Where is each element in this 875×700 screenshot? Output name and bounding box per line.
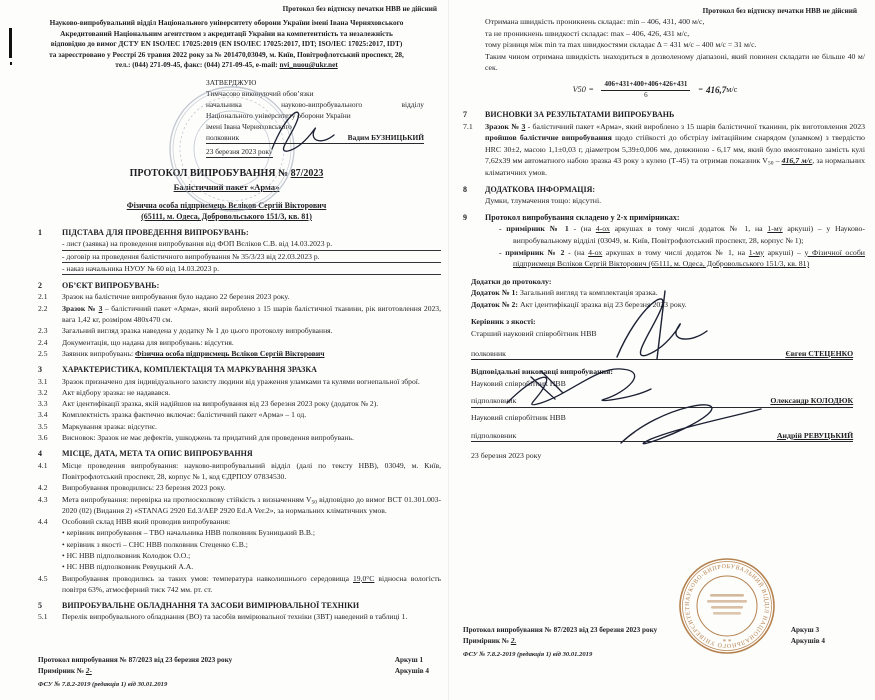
executors-head: Відповідальні виконавці випробування: xyxy=(471,366,865,378)
text: керівник з якості – СНС НВВ полковник Ст… xyxy=(67,540,248,549)
item-number: 4.5 xyxy=(38,573,62,596)
item-number: 3.1 xyxy=(38,376,62,387)
sheet-total: Аркушів 4 xyxy=(395,666,429,677)
list-item: 3.1Зразок призначено для індивідуального… xyxy=(38,376,441,387)
item-number: 2.4 xyxy=(38,337,62,348)
item-text: Думки, тлумачення тощо: відсутні. xyxy=(485,195,865,207)
text-line: тому різниця між min та max швидкостями … xyxy=(485,39,865,51)
handwritten-copy-number: 2- xyxy=(86,667,92,675)
sheet-number: Аркуш 1 xyxy=(395,655,429,666)
signer-rank: полковник xyxy=(471,348,506,360)
spacer xyxy=(463,223,485,246)
text: керівник випробування – ТВО начальника Н… xyxy=(67,528,315,537)
section-title: ОБ’ЄКТ ВИПРОБУВАНЬ: xyxy=(62,280,441,291)
item-number: 2.1 xyxy=(38,291,62,302)
fraction: 406+431+400+406+426+431 6 xyxy=(601,80,690,100)
item-text: Особовий склад НВВ який проводив випробу… xyxy=(62,516,441,527)
handwritten-copy-number: 2. xyxy=(511,637,516,645)
bullet-text: • керівник випробування – ТВО начальника… xyxy=(62,527,441,538)
formula-lhs: V50 xyxy=(573,85,586,94)
page-footer: Протокол випробування № 87/2023 від 23 б… xyxy=(38,655,441,690)
text: 4-ох xyxy=(596,224,610,233)
section-number: 1 xyxy=(38,227,62,238)
section-heading: 2ОБ’ЄКТ ВИПРОБУВАНЬ: xyxy=(38,280,441,291)
signature-space xyxy=(239,132,347,143)
section-number: 9 xyxy=(463,212,485,224)
list-item: - договір на проведення балістичного вип… xyxy=(38,251,441,263)
item-text: Загальний вигляд зразка наведена у додат… xyxy=(62,325,441,336)
signer-name: Андрій РЕВУЦЬКИЙ xyxy=(777,430,853,442)
item-number: 5.1 xyxy=(38,611,62,622)
copy-label: - примірник № 2 xyxy=(499,248,564,257)
list-item: 2.4Документація, що надана для випробува… xyxy=(38,337,441,348)
list-item: - наказ начальника НУОУ № 60 від 14.03.2… xyxy=(38,263,441,275)
list-item: 2.1Зразок на балістичне випробування бул… xyxy=(38,291,441,302)
signers-block: Керівник з якості: Старший науковий спів… xyxy=(471,316,865,461)
section-3: 3ХАРАКТЕРИСТИКА, КОМПЛЕКТАЦІЯ ТА МАРКУВА… xyxy=(38,364,441,443)
signature-line: підполковникАндрій РЕВУЦЬКИЙ xyxy=(471,430,853,443)
list-item: 3.2Акт відбору зразка: не надавався. xyxy=(38,387,441,398)
footer-copy-line: Примірник № 2- xyxy=(38,666,232,677)
bullet-item: • керівник випробування – ТВО начальника… xyxy=(38,527,441,538)
contact-text: тел.: (044) 271-09-45, факс: (044) 271-0… xyxy=(115,60,279,69)
item-text: Документація, що надана для випробувань:… xyxy=(62,337,441,348)
attachment-label: Додаток № 2: xyxy=(471,300,518,309)
quality-head: Керівник з якості: xyxy=(471,316,865,328)
signature-space xyxy=(506,348,785,360)
scanned-protocol-document: Протокол без відтиску печатки НВВ не дій… xyxy=(0,0,875,700)
basis-item: - договір на проведення балістичного вип… xyxy=(62,251,441,263)
passed-statement: пройшов балістичне випробування xyxy=(485,133,612,142)
text: - (на xyxy=(564,248,588,257)
item-text: Перелік випробувального обладнання (ВО) … xyxy=(62,611,441,622)
spacer xyxy=(38,539,62,550)
item-number: 3.2 xyxy=(38,387,62,398)
email-link: nvi_nuou@ukr.net xyxy=(280,60,338,69)
conclusion-item: 7.1 Зразок № 3 - балістичний пакет «Арма… xyxy=(463,121,865,179)
applicant-ref: Фізична особа підприємець Вєліков Сергій… xyxy=(135,349,324,358)
page-3: Протокол без відтиску печатки НВВ не дій… xyxy=(448,0,875,700)
section-9: 9Протокол випробування складено у 2-х пр… xyxy=(463,212,865,270)
item-number: 3.4 xyxy=(38,409,62,420)
sample-label: Зразок № xyxy=(62,304,99,313)
section-heading: 5ВИПРОБУВАЛЬНЕ ОБЛАДНАННЯ ТА ЗАСОБИ ВИМІ… xyxy=(38,600,441,611)
section-5: 5ВИПРОБУВАЛЬНЕ ОБЛАДНАННЯ ТА ЗАСОБИ ВИМІ… xyxy=(38,600,441,623)
list-item: 3.3Акт ідентифікації зразка, якій надійш… xyxy=(38,398,441,409)
list-item: 4.4Особовий склад НВВ який проводив випр… xyxy=(38,516,441,527)
text: Випробування проводились за таких умов: … xyxy=(62,574,353,583)
text-line: та не проникнень швидкості складає: max … xyxy=(485,28,865,40)
item-text: Висновок: Зразок не має дефектів, ушкодж… xyxy=(62,432,441,443)
spacer xyxy=(463,247,485,270)
section-number: 3 xyxy=(38,364,62,375)
footer-form-ref: ФСУ № 7.8.2-2019 (редакція 1) від 30.01.… xyxy=(463,649,657,660)
org-header-line: та зареєстровано у Реєстрі 26 травня 202… xyxy=(12,50,441,61)
footer-protocol-ref: Протокол випробування № 87/2023 від 23 б… xyxy=(463,625,657,636)
section-number: 8 xyxy=(463,184,485,196)
attachment-line: Додаток № 2: Акт ідентифікації зразка ві… xyxy=(471,299,865,311)
bullet-item: • керівник з якості – СНС НВВ полковник … xyxy=(38,539,441,550)
item-text: Акт ідентифікації зразка, якій надійшов … xyxy=(62,398,441,409)
signature-space xyxy=(516,430,777,442)
attachment-text: Акт ідентифікації зразка від 23 березня … xyxy=(518,300,687,309)
attachment-label: Додаток № 1: xyxy=(471,288,518,297)
sheet-total: Аркушів 4 xyxy=(791,636,825,647)
page-footer: Протокол випробування № 87/2023 від 23 б… xyxy=(463,625,865,660)
footer-form-ref: ФСУ № 7.8.2-2019 (редакція 1) від 30.01.… xyxy=(38,679,232,690)
approval-block: ЗАТВЕРДЖУЮ Тимчасово виконуючий обов’язк… xyxy=(206,77,424,158)
stamp-center-text xyxy=(707,594,747,615)
signer-name: Євген СТЕЦЕНКО xyxy=(785,348,853,360)
item-text: Заявник випробувань: Фізична особа підпр… xyxy=(62,348,441,359)
copy-text: - примірник № 1 - (на 4-ох аркушах в том… xyxy=(499,223,865,246)
label: Заявник випробувань: xyxy=(62,349,135,358)
section-heading: 4МІСЦЕ, ДАТА, МЕТА ТА ОПИС ВИПРОБУВАННЯ xyxy=(38,448,441,459)
copy-item: - примірник № 2 - (на 4-ох аркушах в том… xyxy=(463,247,865,270)
text: 1-му xyxy=(767,224,782,233)
bullet-text: • керівник з якості – СНС НВВ полковник … xyxy=(62,539,441,550)
bullet-item: • НС НВВ підполковник Ревуцький А.А. xyxy=(38,561,441,572)
official-round-stamp-icon: НАУКОВО-ВИПРОБУВАЛЬНИЙ ВІДДІЛ НАЦІОНАЛЬН… xyxy=(677,556,777,656)
text: НС НВВ підполковник Колодюк О.О.; xyxy=(67,551,191,560)
sheet-number: Аркуш 3 xyxy=(791,625,825,636)
section-title: ХАРАКТЕРИСТИКА, КОМПЛЕКТАЦІЯ ТА МАРКУВАН… xyxy=(62,364,441,375)
text: аркушах в тому числі додаток № 1, на xyxy=(602,248,748,257)
copy-label: - примірник № 1 xyxy=(499,224,569,233)
copy-item: - примірник № 1 - (на 4-ох аркушах в том… xyxy=(463,223,865,246)
section-heading: 1ПІДСТАВА ДЛЯ ПРОВЕДЕННЯ ВИПРОБУВАНЬ: xyxy=(38,227,441,238)
sample-desc: – балістичний пакет «Арма», який виробле… xyxy=(62,304,441,324)
list-item: 3.5Маркування зразка: відсутнє. xyxy=(38,421,441,432)
list-item: 2.2Зразок № 3 – балістичний пакет «Арма»… xyxy=(38,303,441,326)
formula-unit: м/с xyxy=(726,85,737,94)
spacer xyxy=(38,527,62,538)
list-item: 3.6Висновок: Зразок не має дефектів, ушк… xyxy=(38,432,441,443)
footer-sheets: Аркуш 1 Аркушів 4 xyxy=(395,655,429,690)
section-title: Протокол випробування складено у 2-х при… xyxy=(485,212,865,224)
org-header-line: Науково-випробувальний відділ Національн… xyxy=(12,18,441,29)
item-number: 4.2 xyxy=(38,482,62,493)
copy-text: - примірник № 2 - (на 4-ох аркушах в том… xyxy=(499,247,865,270)
spacer xyxy=(38,238,62,250)
footer-left: Протокол випробування № 87/2023 від 23 б… xyxy=(463,625,657,660)
v50-value: 416,7 м/с xyxy=(782,156,813,165)
approver-signature-line: полковник Вадим БУЗНИЦЬКИЙ xyxy=(206,132,424,144)
org-header-line: тел.: (044) 271-09-45, факс: (044) 271-0… xyxy=(12,60,441,71)
item-text: Мета випробування: перевірка на протиоск… xyxy=(62,494,441,517)
equals: = xyxy=(698,85,703,94)
text: аркушах в тому числі додаток № 1, на xyxy=(610,224,767,233)
page-1: Протокол без відтиску печатки НВВ не дій… xyxy=(0,0,447,700)
signature-space xyxy=(516,395,770,407)
section-title: ДОДАТКОВА ІНФОРМАЦІЯ: xyxy=(485,184,865,196)
signer-role: Старший науковий співробітник НВВ xyxy=(471,328,865,340)
section-title: ВИСНОВКИ ЗА РЕЗУЛЬТАТАМИ ВИПРОБУВАНЬ xyxy=(485,109,865,121)
text: аркуші) – xyxy=(764,248,804,257)
item-text: Зразок призначено для індивідуального за… xyxy=(62,376,441,387)
text: 1-му xyxy=(749,248,764,257)
item-number: 4.3 xyxy=(38,494,62,517)
list-item: - лист (заявка) на проведення випробуван… xyxy=(38,238,441,250)
conclusion-text: Зразок № 3 - балістичний пакет «Арма», я… xyxy=(485,121,865,179)
section-heading: 7ВИСНОВКИ ЗА РЕЗУЛЬТАТАМИ ВИПРОБУВАНЬ xyxy=(463,109,865,121)
disclaimer-line: Протокол без відтиску печатки НВВ не дій… xyxy=(463,6,857,16)
stamp-stars: * * xyxy=(723,638,732,646)
item-number: 3.6 xyxy=(38,432,62,443)
section-1: 1ПІДСТАВА ДЛЯ ПРОВЕДЕННЯ ВИПРОБУВАНЬ: - … xyxy=(38,227,441,275)
spacer xyxy=(38,251,62,263)
numerator: 406+431+400+406+426+431 xyxy=(601,80,690,91)
attachment-line: Додаток № 1: Загальний вигляд та комплек… xyxy=(471,287,865,299)
section-heading: 9Протокол випробування складено у 2-х пр… xyxy=(463,212,865,224)
list-item: 4.3Мета випробування: перевірка на проти… xyxy=(38,494,441,517)
disclaimer-line: Протокол без відтиску печатки НВВ не дій… xyxy=(38,4,437,14)
v50-formula: V50 = 406+431+400+406+426+431 6 = 416,7 … xyxy=(485,80,825,100)
footer-protocol-ref: Протокол випробування № 87/2023 від 23 б… xyxy=(38,655,232,666)
faint-round-stamp-icon xyxy=(166,83,298,215)
item-number: 4.1 xyxy=(38,460,62,483)
section-4: 4МІСЦЕ, ДАТА, МЕТА ТА ОПИС ВИПРОБУВАННЯ … xyxy=(38,448,441,595)
list-item: 4.2Випробування проводились: 23 березня … xyxy=(38,482,441,493)
section-title: ПІДСТАВА ДЛЯ ПРОВЕДЕННЯ ВИПРОБУВАНЬ: xyxy=(62,227,441,238)
section-title: ВИПРОБУВАЛЬНЕ ОБЛАДНАННЯ ТА ЗАСОБИ ВИМІР… xyxy=(62,600,441,611)
item-number: 2.2 xyxy=(38,303,62,326)
text: – xyxy=(773,156,781,165)
item-text: Зразок на балістичне випробування було н… xyxy=(62,291,441,302)
section-number: 7 xyxy=(463,109,485,121)
text: 4-ох xyxy=(588,248,602,257)
item-number: 4.4 xyxy=(38,516,62,527)
attachments-block: Додатки до протоколу: Додаток № 1: Загал… xyxy=(471,276,865,311)
attachments-heading: Додатки до протоколу: xyxy=(471,276,865,288)
item-text: Місце проведення випробування: науково-в… xyxy=(62,460,441,483)
org-header: Науково-випробувальний відділ Національн… xyxy=(12,18,441,71)
bullet-text: • НС НВВ підполковник Колодюк О.О.; xyxy=(62,550,441,561)
signer-role: Науковий співробітник НВВ xyxy=(471,412,865,424)
item-number: 3.5 xyxy=(38,421,62,432)
signer-rank: підполковник xyxy=(471,430,516,442)
footer-copy-line: Примірник № 2. xyxy=(463,636,657,647)
list-item: Думки, тлумачення тощо: відсутні. xyxy=(463,195,865,207)
list-item: 2.3Загальний вигляд зразка наведена у до… xyxy=(38,325,441,336)
footer-sheets: Аркуш 3 Аркушів 4 xyxy=(791,625,825,660)
item-number: 2.3 xyxy=(38,325,62,336)
text-line: Отримана швидкість проникнень складає: m… xyxy=(485,16,865,28)
signer-name: Олександр КОЛОДЮК xyxy=(770,395,853,407)
basis-item: - лист (заявка) на проведення випробуван… xyxy=(62,238,441,250)
text: - (на xyxy=(569,224,596,233)
item-number: 3.3 xyxy=(38,398,62,409)
item-text: Маркування зразка: відсутнє. xyxy=(62,421,441,432)
signature-line: полковникЄвген СТЕЦЕНКО xyxy=(471,348,853,361)
footer-left: Протокол випробування № 87/2023 від 23 б… xyxy=(38,655,232,690)
spacer xyxy=(38,263,62,275)
spacer xyxy=(463,195,485,207)
text: НС НВВ підполковник Ревуцький А.А. xyxy=(67,562,194,571)
section-number: 2 xyxy=(38,280,62,291)
bullet-text: • НС НВВ підполковник Ревуцький А.А. xyxy=(62,561,441,572)
label: Примірник № xyxy=(463,637,511,645)
section-number: 4 xyxy=(38,448,62,459)
list-item: 4.1Місце проведення випробування: науков… xyxy=(38,460,441,483)
section-7: 7ВИСНОВКИ ЗА РЕЗУЛЬТАТАМИ ВИПРОБУВАНЬ 7.… xyxy=(463,109,865,179)
list-item: 5.1Перелік випробувального обладнання (В… xyxy=(38,611,441,622)
results-paragraph: Отримана швидкість проникнень складає: m… xyxy=(485,16,865,74)
sample-label: Зразок № xyxy=(485,122,522,131)
item-text: Випробування проводились за таких умов: … xyxy=(62,573,441,596)
spacer xyxy=(38,561,62,572)
item-text: Зразок № 3 – балістичний пакет «Арма», я… xyxy=(62,303,441,326)
section-8: 8ДОДАТКОВА ІНФОРМАЦІЯ: Думки, тлумачення… xyxy=(463,184,865,207)
item-text: Випробування проводились: 23 березня 202… xyxy=(62,482,441,493)
label: Примірник № xyxy=(38,667,86,675)
text: Мета випробування: перевірка на протиоск… xyxy=(62,495,312,504)
section-heading: 3ХАРАКТЕРИСТИКА, КОМПЛЕКТАЦІЯ ТА МАРКУВА… xyxy=(38,364,441,375)
approver-rank: полковник xyxy=(206,132,239,143)
formula-result: 416,7 xyxy=(706,85,726,95)
list-item: 3.4Комплектність зразка фактично включає… xyxy=(38,409,441,420)
item-text: Комплектність зразка фактично включає: б… xyxy=(62,409,441,420)
list-item: 4.5Випробування проводились за таких умо… xyxy=(38,573,441,596)
signature-line: підполковникОлександр КОЛОДЮК xyxy=(471,395,853,408)
text-line: Таким чином отримана швидкість знаходить… xyxy=(485,51,865,74)
item-text: Акт відбору зразка: не надавався. xyxy=(62,387,441,398)
approver-name: Вадим БУЗНИЦЬКИЙ xyxy=(348,132,424,143)
item-number: 2.5 xyxy=(38,348,62,359)
section-number: 5 xyxy=(38,600,62,611)
item-number: 7.1 xyxy=(463,121,485,179)
org-header-line: відповідно до вимог ДСТУ EN ISO/IEC 1702… xyxy=(12,39,441,50)
attachment-text: Загальний вигляд та комплектація зразка. xyxy=(518,288,658,297)
org-header-line: Акредитований Національним агентством з … xyxy=(12,29,441,40)
section-title: МІСЦЕ, ДАТА, МЕТА ТА ОПИС ВИПРОБУВАННЯ xyxy=(62,448,441,459)
denominator: 6 xyxy=(644,91,648,100)
section-2: 2ОБ’ЄКТ ВИПРОБУВАНЬ: 2.1Зразок на баліст… xyxy=(38,280,441,359)
equals: = xyxy=(589,85,594,94)
basis-item: - наказ начальника НУОУ № 60 від 14.03.2… xyxy=(62,263,441,275)
signer-rank: підполковник xyxy=(471,395,516,407)
temperature-value: 19,0°С xyxy=(353,574,374,583)
bullet-item: • НС НВВ підполковник Колодюк О.О.; xyxy=(38,550,441,561)
signing-date: 23 березня 2023 року xyxy=(471,450,865,462)
spacer xyxy=(38,550,62,561)
signer-role: Науковий співробітник НВВ xyxy=(471,378,865,390)
text: - балістичний пакет «Арма», який виробле… xyxy=(525,122,865,131)
list-item: 2.5Заявник випробувань: Фізична особа пі… xyxy=(38,348,441,359)
section-heading: 8ДОДАТКОВА ІНФОРМАЦІЯ: xyxy=(463,184,865,196)
